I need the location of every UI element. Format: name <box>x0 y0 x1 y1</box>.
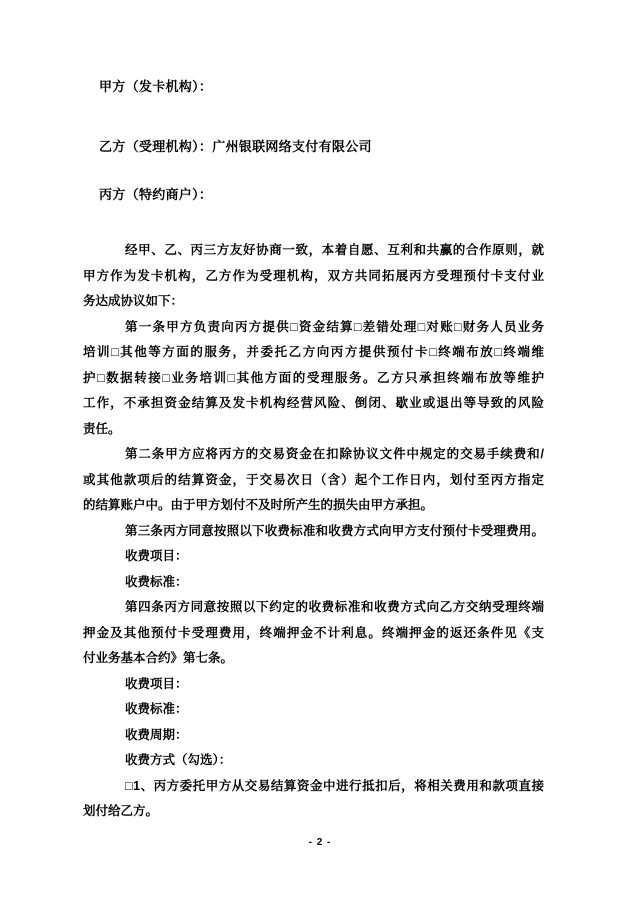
clause-2-paragraph: 第二条甲方应将丙方的交易资金在扣除协议文件中规定的交易手续费和/ 或其他款项后的… <box>83 442 544 519</box>
clause-1-paragraph: 第一条甲方负责向丙方提供□资金结算□差错处理□对账□财务人员业务 培训□其他等方… <box>83 315 544 443</box>
clause-3-term: 第三条 <box>125 524 163 538</box>
text-line: 培训□其他等方面的服务，并委托乙方向丙方提供预付卡□终端布放□终端维 <box>83 340 544 366</box>
clause-4-paragraph: 第四条丙方同意按照以下约定的收费标准和收费方式向乙方交纳受理终端 押金及其他预付… <box>83 595 544 672</box>
document-page: 甲方（发卡机构）： 乙方（受理机构）：广州银联网络支付有限公司 丙方（特约商户）… <box>0 0 640 905</box>
fee-item-1-paragraph: 收费项目： <box>83 544 544 570</box>
party-b-value: 广州银联网络支付有限公司 <box>212 139 372 154</box>
text-line: □1、丙方委托甲方从交易结算资金中进行抵扣后，将相关费用和款项直接 <box>83 774 544 800</box>
text-line: 务达成协议如下： <box>83 289 544 315</box>
text-line: 第四条丙方同意按照以下约定的收费标准和收费方式向乙方交纳受理终端 <box>83 595 544 621</box>
fee-method-paragraph: 收费方式（勾选）： <box>83 748 544 774</box>
text-line: 护□数据转接□业务培训□其他方面的受理服务。乙方只承担终端布放等维护 <box>83 366 544 392</box>
text-line: 付业务基本合约》第七条。 <box>83 646 544 672</box>
clause-3-paragraph: 第三条丙方同意按照以下收费标准和收费方式向甲方支付预付卡受理费用。 <box>83 519 544 545</box>
clause-3-line-text: 丙方同意按照以下收费标准和收费方式向甲方支付预付卡受理费用。 <box>163 524 544 538</box>
clause-1-line-text: 甲方负责向丙方提供□资金结算□差错处理□对账□财务人员业务 <box>166 320 544 334</box>
fee-option-1-paragraph: □1、丙方委托甲方从交易结算资金中进行抵扣后，将相关费用和款项直接 划付给乙方。 <box>83 774 544 825</box>
clause-4-term: 第四条 <box>125 600 164 614</box>
text-line: 收费周期： <box>83 723 544 749</box>
text-line: 甲方作为发卡机构，乙方作为受理机构，双方共同拓展丙方受理预付卡支付业 <box>83 264 544 290</box>
party-a-label: 甲方（发卡机构）： <box>99 79 212 94</box>
text-line: 收费项目： <box>83 544 544 570</box>
clause-1-term: 第一条 <box>125 320 166 334</box>
text-line: 收费标准： <box>83 570 544 596</box>
clause-2-line-text: 甲方应将丙方的交易资金在扣除协议文件中规定的交易手续费和/ <box>165 447 544 461</box>
contract-body: 经甲、乙、丙三方友好协商一致，本着自愿、互利和共赢的合作原则，就 甲方作为发卡机… <box>83 238 544 825</box>
text-line: 划付给乙方。 <box>83 799 544 825</box>
party-b-label: 乙方（受理机构）： <box>99 139 212 154</box>
text-line: 收费方式（勾选）： <box>83 748 544 774</box>
party-c-line: 丙方（特约商户）： <box>99 187 212 203</box>
clause-4-line-text: 丙方同意按照以下约定的收费标准和收费方式向乙方交纳受理终端 <box>164 600 544 614</box>
text-line: 责任。 <box>83 417 544 443</box>
text-line: 押金及其他预付卡受理费用，终端押金不计利息。终端押金的返还条件见《支 <box>83 621 544 647</box>
text-line: 收费标准： <box>83 697 544 723</box>
text-line: 第一条甲方负责向丙方提供□资金结算□差错处理□对账□财务人员业务 <box>83 315 544 341</box>
fee-item-2-paragraph: 收费项目： <box>83 672 544 698</box>
page-number: - 2 - <box>0 837 640 848</box>
text-line: 第二条甲方应将丙方的交易资金在扣除协议文件中规定的交易手续费和/ <box>83 442 544 468</box>
text-line: 经甲、乙、丙三方友好协商一致，本着自愿、互利和共赢的合作原则，就 <box>83 238 544 264</box>
text-line: 或其他款项后的结算资金，于交易次日（含）起个工作日内，划付至丙方指定 <box>83 468 544 494</box>
fee-cycle-paragraph: 收费周期： <box>83 723 544 749</box>
text-line: 第三条丙方同意按照以下收费标准和收费方式向甲方支付预付卡受理费用。 <box>83 519 544 545</box>
text-line: 的结算账户中。由于甲方划付不及时所产生的损失由甲方承担。 <box>83 493 544 519</box>
party-c-label: 丙方（特约商户）： <box>99 187 212 202</box>
fee-standard-2-paragraph: 收费标准： <box>83 697 544 723</box>
fee-standard-1-paragraph: 收费标准： <box>83 570 544 596</box>
clause-2-term: 第二条 <box>125 447 165 461</box>
text-line: 收费项目： <box>83 672 544 698</box>
party-b-line: 乙方（受理机构）：广州银联网络支付有限公司 <box>99 139 372 155</box>
text-line: 工作，不承担资金结算及发卡机构经营风险、倒闭、歇业或退出等导致的风险 <box>83 391 544 417</box>
party-a-line: 甲方（发卡机构）： <box>99 79 212 95</box>
intro-paragraph: 经甲、乙、丙三方友好协商一致，本着自愿、互利和共赢的合作原则，就 甲方作为发卡机… <box>83 238 544 315</box>
